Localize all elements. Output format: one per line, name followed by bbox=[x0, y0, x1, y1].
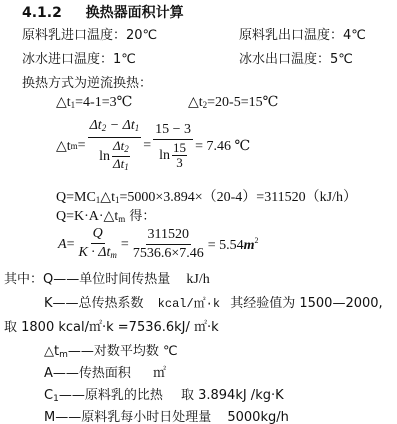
heat-transfer-relation: Q=K·A·△tm 得： bbox=[56, 205, 155, 225]
water-inlet-temp: 冰水进口温度：1℃ bbox=[22, 48, 136, 67]
legend-k-taken: 取 1800 kcal/㎡·k =7536.6kJ/ ㎡·k bbox=[4, 316, 219, 335]
milk-inlet-temp: 原料乳进口温度：20℃ bbox=[22, 24, 157, 43]
legend-c1: C1——原料乳的比热 取 3.894kJ /kg·K bbox=[44, 384, 284, 404]
area-result: = 5.54m2 bbox=[208, 236, 259, 254]
water-outlet-temp: 冰水出口温度：5℃ bbox=[239, 48, 353, 67]
legend-dtm: △tm——对数平均数 ℃ bbox=[44, 340, 178, 360]
area-equation: A = Q K · Δtm = 311520 7536.6×7.46 = 5.5… bbox=[58, 226, 259, 263]
legend-a: A——传热面积 ㎡ bbox=[44, 362, 166, 381]
legend-k: K——总传热系数 kcal/㎡·k 其经验值为 1500—2000, bbox=[44, 292, 383, 311]
delta-t2-equation: △t2=20-5=15℃ bbox=[188, 94, 278, 111]
milk-outlet-temp: 原料乳出口温度：4℃ bbox=[239, 24, 366, 43]
section-title: 换热器面积计算 bbox=[86, 5, 184, 21]
lmtd-equation: △tm= Δt2 − Δt1 ln Δt2Δt1 = 15 − 3 ln 153… bbox=[56, 118, 250, 174]
section-number: 4.1.2 bbox=[22, 5, 62, 21]
lmtd-numeric-fraction: 15 − 3 ln 153 bbox=[153, 122, 193, 170]
delta-t1-equation: △t1=4-1=3℃ bbox=[56, 94, 132, 111]
heat-load-equation: Q=MC1△t1=5000×3.894×（20-4）=311520（kJ/h） bbox=[56, 186, 357, 206]
exchange-mode: 换热方式为逆流换热： bbox=[22, 72, 152, 91]
legend-m: M——原料乳每小时日处理量 5000kg/h bbox=[44, 406, 289, 424]
lmtd-result: = 7.46 ℃ bbox=[195, 138, 250, 155]
legend-q: 其中：Q——单位时间传热量 kJ/h bbox=[4, 268, 210, 288]
section-heading: 4.1.2 换热器面积计算 bbox=[22, 2, 184, 22]
area-symbolic-fraction: Q K · Δtm bbox=[76, 226, 118, 263]
lmtd-fraction: Δt2 − Δt1 ln Δt2Δt1 bbox=[88, 118, 142, 174]
area-numeric-fraction: 311520 7536.6×7.46 bbox=[131, 227, 206, 262]
